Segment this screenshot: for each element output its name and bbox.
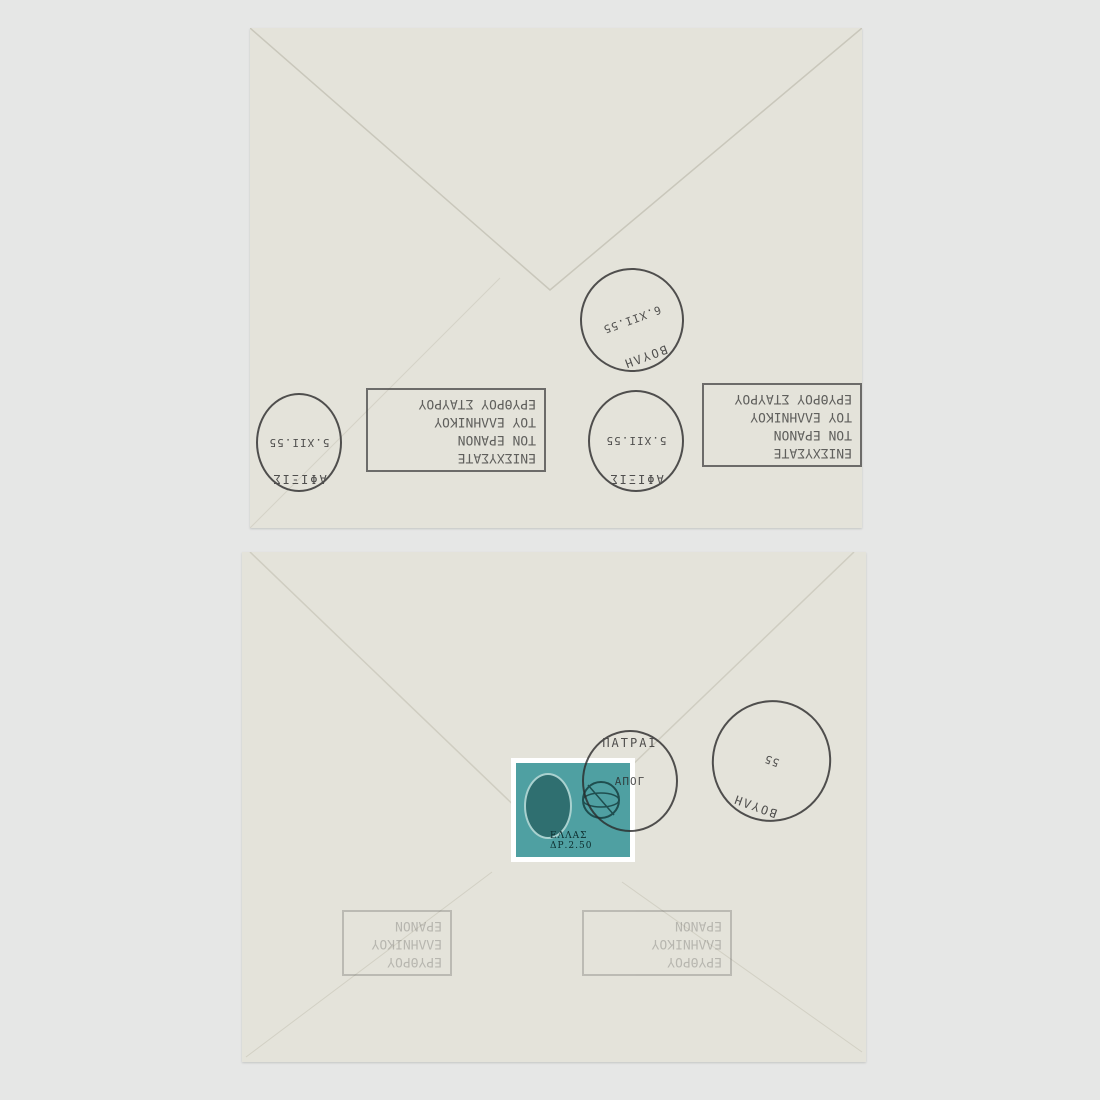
slogan-cancel-1: ΕΝΙΣΧΥΣΑΤΕ ΤΟΝ ΕΡΑΝΟΝ ΤΟΥ ΕΛΛΗΝΙΚΟΥ ΕΡΥΘ…	[366, 388, 546, 472]
postmark-date: 6.XII.55	[601, 303, 663, 336]
slogan-line: ΕΡΥΘΡΟΥ	[352, 952, 442, 970]
top-envelope: ΒΟΥΛΗ 6.XII.55 ΑΦΙΞΙΣ 5.XII.55 ΕΝΙΣΧΥΣΑΤ…	[250, 28, 862, 528]
slogan-line: ΕΡΑΝΟΝ	[592, 916, 722, 934]
postmark-town: ΠΑΤΡΑΙ	[584, 736, 676, 750]
postmark-arrival-1: ΑΦΙΞΙΣ 5.XII.55	[256, 393, 342, 492]
slogan-line: ΕΛΛΗΝΙΚΟΥ	[352, 934, 442, 952]
slogan-line: ΤΟΥ ΕΛΛΗΝΙΚΟΥ	[712, 407, 852, 425]
slogan-line: ΤΟΝ ΕΡΑΝΟΝ	[376, 430, 536, 448]
portrait-cameo-icon	[524, 773, 572, 839]
slogan-line: ΤΟΝ ΕΡΑΝΟΝ	[712, 425, 852, 443]
slogan-line: ΕΛΛΗΝΙΚΟΥ	[592, 934, 722, 952]
slogan-line: ΕΝΙΣΧΥΣΑΤΕ	[376, 448, 536, 466]
stamp-country-value: ΕΛΛΑΣ ΔΡ.2.50	[550, 831, 630, 851]
slogan-line: ΕΝΙΣΧΥΣΑΤΕ	[712, 443, 852, 461]
slogan-line: ΕΡΥΘΡΟΥ ΣΤΑΥΡΟΥ	[376, 394, 536, 412]
postmark-patrai: ΠΑΤΡΑΙ ΑΠΟΓ	[582, 730, 678, 832]
slogan-line: ΕΡΥΘΡΟΥ	[592, 952, 722, 970]
slogan-line: ΕΡΑΝΟΝ	[352, 916, 442, 934]
postmark-town: ΑΦΙΞΙΣ	[590, 472, 682, 486]
postmark-date: 5.XII.55	[269, 436, 330, 449]
postmark-date: 5.XII.55	[606, 435, 667, 448]
faint-slogan-1: ΕΡΥΘΡΟΥ ΕΛΛΗΝΙΚΟΥ ΕΡΑΝΟΝ	[342, 910, 452, 976]
postmark-town: ΑΦΙΞΙΣ	[258, 472, 340, 486]
postmark-arrival-2: ΑΦΙΞΙΣ 5.XII.55	[588, 390, 684, 492]
faint-slogan-2: ΕΡΥΘΡΟΥ ΕΛΛΗΝΙΚΟΥ ΕΡΑΝΟΝ	[582, 910, 732, 976]
slogan-line: ΕΡΥΘΡΟΥ ΣΤΑΥΡΟΥ	[712, 389, 852, 407]
postmark-date: ΑΠΟΓ	[615, 775, 646, 788]
slogan-cancel-2: ΕΝΙΣΧΥΣΑΤΕ ΤΟΝ ΕΡΑΝΟΝ ΤΟΥ ΕΛΛΗΝΙΚΟΥ ΕΡΥΘ…	[702, 383, 862, 467]
postmark-date: 55	[762, 752, 781, 769]
slogan-line: ΤΟΥ ΕΛΛΗΝΙΚΟΥ	[376, 412, 536, 430]
